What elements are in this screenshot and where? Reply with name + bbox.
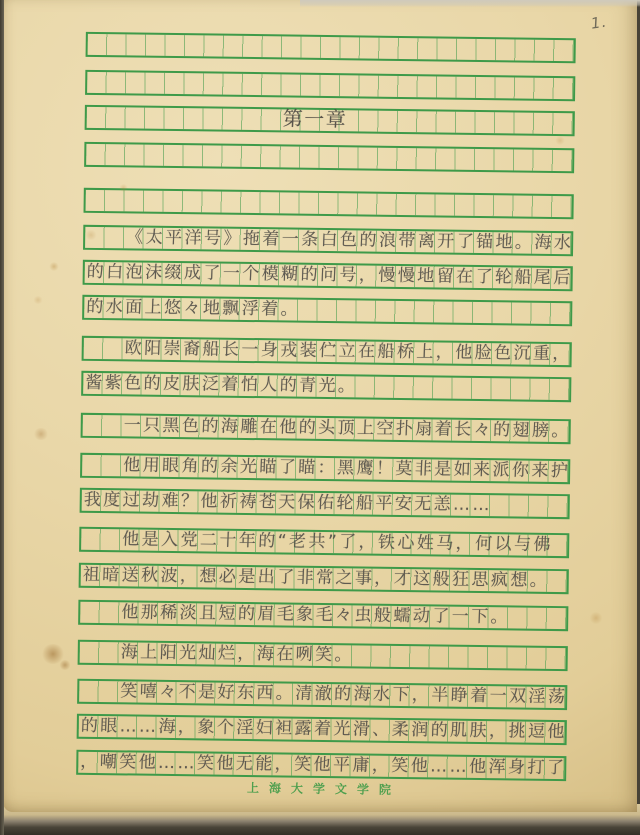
handwritten-line: 海上阳光灿烂，海在咧笑。	[120, 641, 354, 667]
handwritten-line: 他那稀淡且短的眉毛象毛々虫般蠕动了一下。	[121, 601, 511, 629]
grid-row: 一只黑色的海雕在他的头顶上空扑扇着长々的翅膀。	[81, 413, 571, 444]
foxing-stain	[49, 262, 59, 271]
handwritten-line: 的眼……海，象个淫妇袒露着光滑、柔润的肌肤，挑逗他	[80, 715, 567, 744]
foxing-stain	[41, 644, 65, 664]
photo-background: 1. 上海大学文学院 第一章《太平洋号》拖着一条白色的浪带离开了锚地。海水的白泡…	[0, 0, 640, 835]
handwritten-line: 的水面上悠々地飘浮着。	[86, 296, 301, 322]
grid-row: 我度过劫难？他祈祷苍天保佑轮船平安无恙……	[80, 488, 570, 519]
handwritten-line: 祖暗送秋波，想必是出了非常之事，才这般狂思疯想。	[82, 564, 549, 593]
grid-row-title: 第一章	[85, 105, 575, 136]
handwritten-line: 笑嘻々不是好东西。清澈的海水下，半睁着一双淫荡	[120, 680, 568, 709]
grid-row: 的水面上悠々地飘浮着。	[82, 295, 572, 326]
grid-row: 酱紫色的皮肤泛着怕人的青光。	[81, 371, 571, 402]
grid-row: 他是入党二十年的“老共”了，铁心姓马，何以与佛	[79, 527, 569, 558]
grid-row	[84, 188, 574, 219]
grid-row: 他用眼角的余光瞄了瞄：黑鹰！莫非是如来派你来护	[80, 453, 570, 484]
grid-row: 欧阳崇裔船长一身戎装伫立在船桥上，他脸色沉重，	[82, 336, 572, 367]
page-left-edge	[0, 0, 4, 835]
handwritten-line: 他用眼角的余光瞄了瞄：黑鹰！莫非是如来派你来护	[123, 454, 571, 483]
handwritten-line: 《太平洋号》拖着一条白色的浪带离开了锚地。海水	[126, 226, 574, 255]
grid-row: 《太平洋号》拖着一条白色的浪带离开了锚地。海水	[83, 225, 573, 256]
foxing-stain	[589, 612, 603, 624]
foxing-stain	[33, 428, 49, 440]
handwritten-line: 我度过劫难？他祈祷苍天保佑轮船平安无恙……	[83, 489, 492, 517]
grid-row	[86, 32, 576, 63]
grid-row	[85, 70, 575, 101]
handwritten-line: 欧阳崇裔船长一身戎装伫立在船桥上，他脸色沉重，	[124, 337, 572, 366]
grid-row: 祖暗送秋波，想必是出了非常之事，才这般狂思疯想。	[79, 563, 569, 594]
handwritten-line: 他是入党二十年的“老共”了，铁心姓马，何以与佛	[122, 528, 554, 557]
grid-row: 的白泡沫缀成了一个模糊的问号，慢慢地留在了轮船尾后	[83, 260, 573, 291]
page-number: 1.	[590, 9, 633, 36]
handwritten-line: 一只黑色的海雕在他的头顶上空扑扇着长々的翅膀。	[123, 414, 571, 443]
grid-row: 笑嘻々不是好东西。清澈的海水下，半睁着一双淫荡	[77, 679, 567, 710]
grid-row: 海上阳光灿烂，海在咧笑。	[78, 640, 568, 671]
footer-institution: 上海大学文学院	[76, 777, 562, 800]
manuscript-page: 1. 上海大学文学院 第一章《太平洋号》拖着一条白色的浪带离开了锚地。海水的白泡…	[3, 0, 637, 812]
background-shade	[300, 0, 640, 7]
handwritten-line: 的白泡沫缀成了一个模糊的问号，慢慢地留在了轮船尾后	[86, 261, 573, 290]
manuscript-grid: 上海大学文学院 第一章《太平洋号》拖着一条白色的浪带离开了锚地。海水的白泡沫缀成…	[76, 0, 577, 815]
handwritten-line: ，嘲笑他……笑他无能，笑他平庸，笑他……他浑身打了	[80, 751, 567, 780]
handwritten-line: 酱紫色的皮肤泛着怕人的青光。	[85, 372, 358, 399]
chapter-title: 第一章	[283, 107, 348, 130]
grid-row: 的眼……海，象个淫妇袒露着光滑、柔润的肌肤，挑逗他	[77, 714, 567, 745]
foxing-stain	[33, 296, 43, 304]
foxing-stain	[59, 660, 71, 670]
grid-row	[84, 142, 574, 173]
grid-row: 他那稀淡且短的眉毛象毛々虫般蠕动了一下。	[78, 600, 568, 631]
grid-row: ，嘲笑他……笑他无能，笑他平庸，笑他……他浑身打了	[76, 750, 566, 781]
